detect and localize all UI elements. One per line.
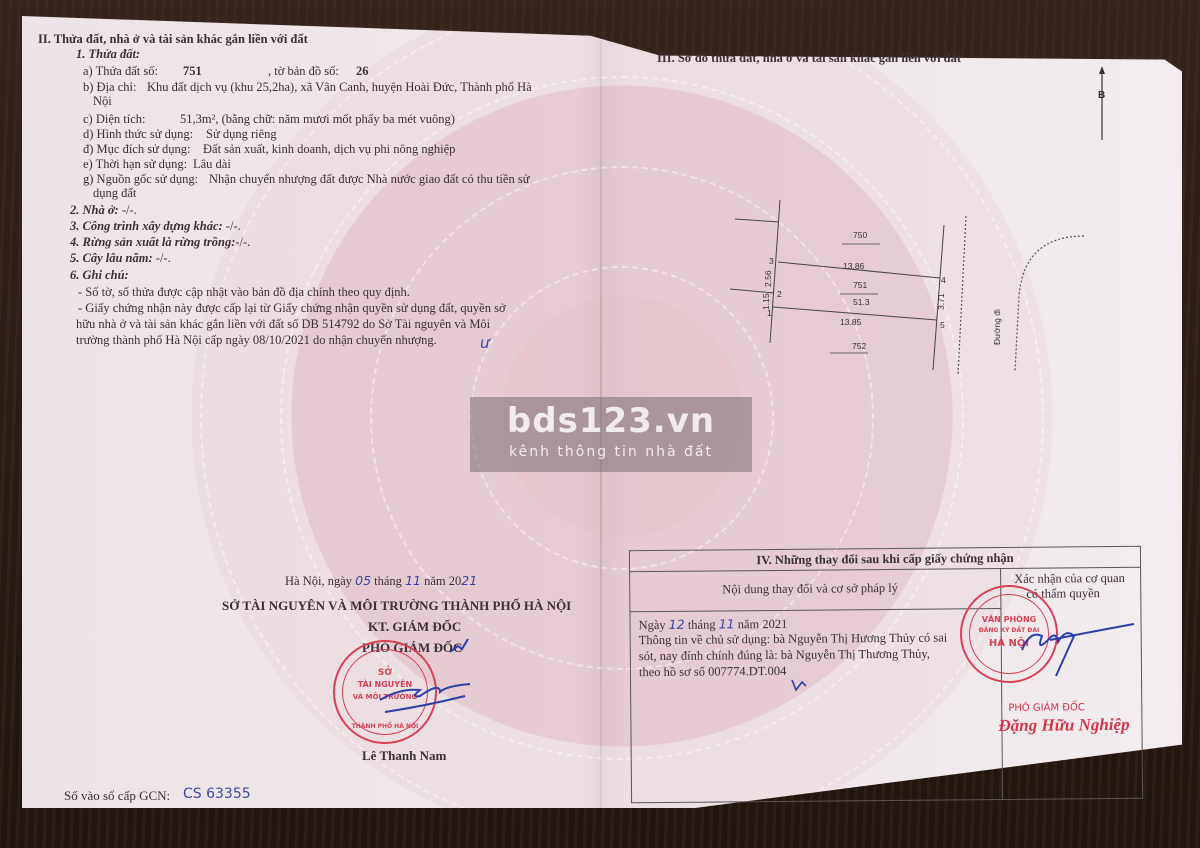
col-content-header: Nội dung thay đổi và cơ sở pháp lý [722,581,898,598]
entry-month-label: tháng [688,617,716,631]
changes-title: IV. Những thay đổi sau khi cấp giấy chứn… [630,547,1140,572]
road-edge [958,216,966,375]
office-stamp-line1: VĂN PHÒNG [962,615,1056,625]
point-3: 3 [769,256,774,266]
edge-right-length: 3.71 [936,293,946,310]
neighbor-boundary-mid [730,289,774,293]
office-stamp-line2: ĐĂNG KÝ ĐẤT ĐAI [962,626,1056,636]
change-entry-line2: Thông tin về chủ sử dụng: bà Nguyễn Thị … [639,630,948,648]
entry-date-prefix: Ngày [638,618,665,632]
point-5: 5 [940,320,945,330]
north-arrow-icon [1099,66,1105,74]
point-4: 4 [941,275,946,285]
change-entry-date: Ngày 12 tháng 11 năm 2021 [638,616,787,633]
change-entry-line3: sót, nay đính chính đúng là: bà Nguyễn T… [639,647,930,665]
parcel-area-label: 51.3 [853,297,870,307]
registration-office-stamp: VĂN PHÒNG ĐĂNG KÝ ĐẤT ĐAI HÀ NỘI [960,585,1058,683]
parcel-750-label: 750 [853,230,867,240]
entry-day: 12 [669,617,685,632]
parcel-751-label: 751 [853,280,867,290]
edge-left-upper-length: 2.56 [763,270,773,287]
edge-top-length: 13.86 [843,261,865,271]
parcel-752-label: 752 [852,341,866,351]
col-confirm-header-line1: Xác nhận của cơ quan [1014,571,1125,587]
edge-left-lower-length: 1.15 [761,293,771,310]
neighbor-boundary-top [735,219,779,222]
entry-year: năm 2021 [738,617,788,631]
changes-table: IV. Những thay đổi sau khi cấp giấy chứn… [629,546,1143,803]
entry-month: 11 [719,616,735,631]
office-stamp-line3: HÀ NỘI [962,639,1056,649]
north-label: B [1098,90,1105,101]
change-entry-line4: theo hồ sơ số 007774.DT.004 [639,664,786,680]
point-2: 2 [777,289,782,299]
road-label: Đường đi [992,309,1002,345]
road-curve [1015,236,1084,371]
edge-bottom-length: 13.85 [840,317,862,327]
confirm-signer-name: Đặng Hữu Nghiệp [998,715,1129,736]
confirm-role: PHÓ GIÁM ĐỐC [1008,702,1085,714]
